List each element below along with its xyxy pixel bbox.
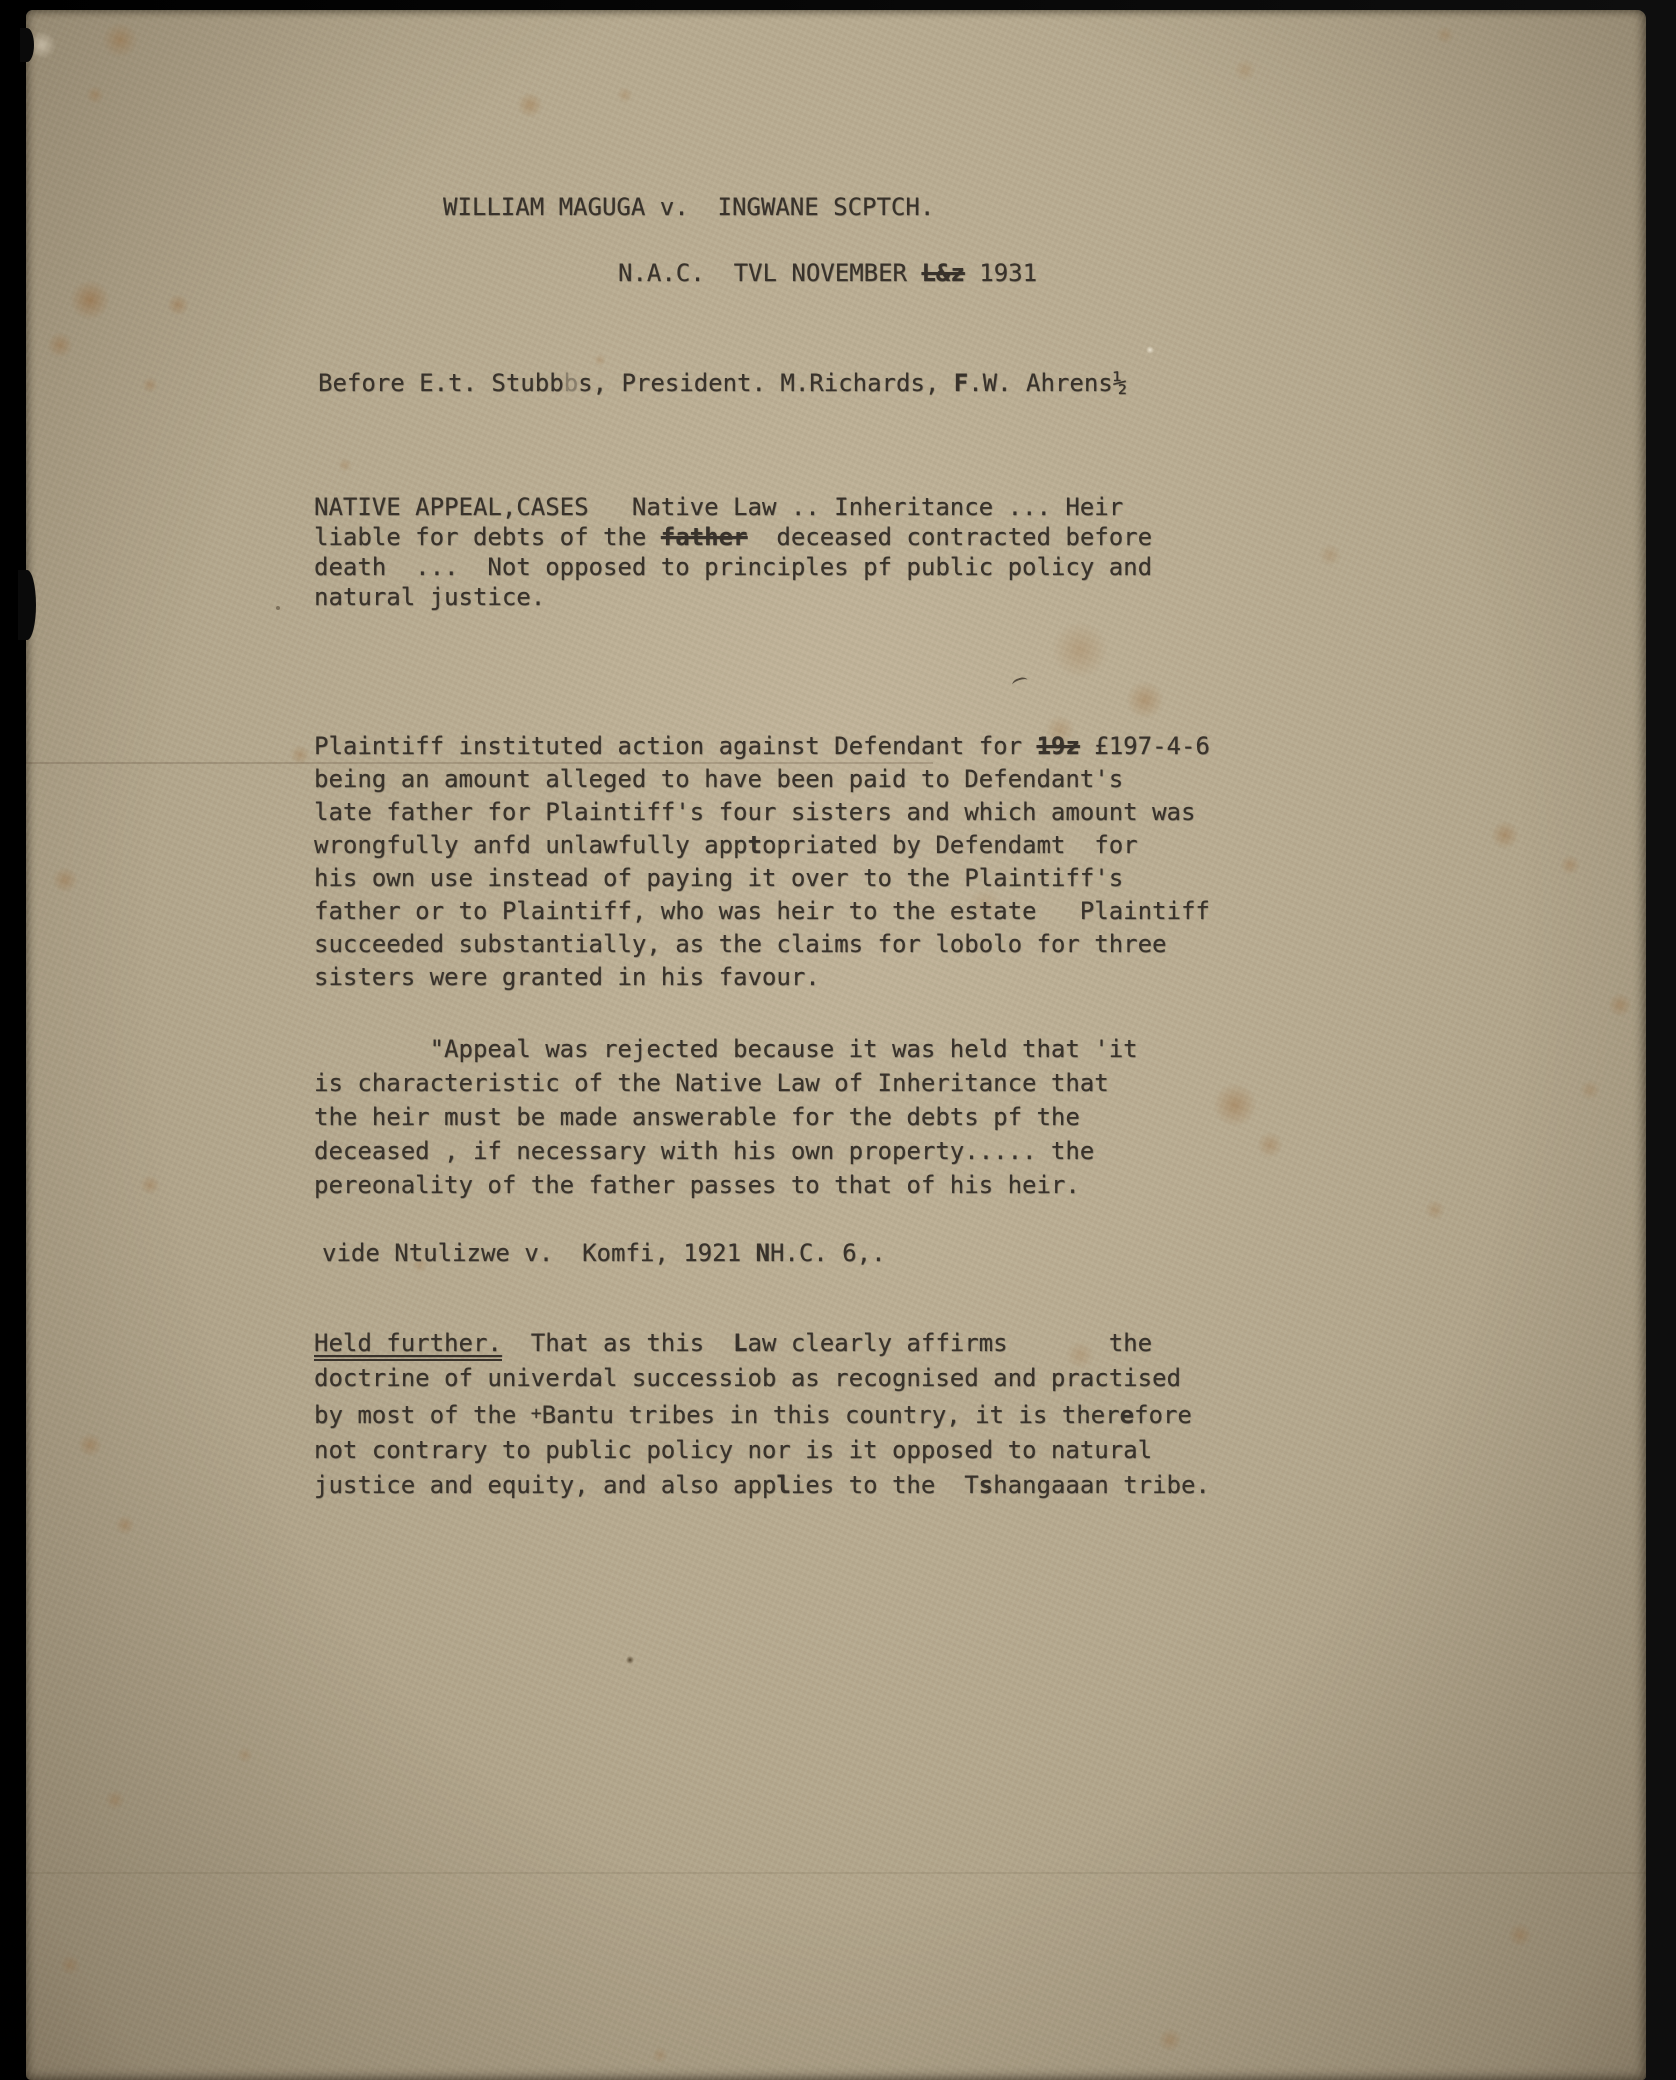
typed-line: by most of the +Bantu tribes in this cou… <box>314 1396 1210 1433</box>
typed-line: late father for Plaintiff's four sisters… <box>314 796 1210 829</box>
catchwords-paragraph: NATIVE APPEAL,CASES Native Law .. Inheri… <box>314 492 1152 612</box>
struck-out-text: father <box>661 523 748 551</box>
typed-text: succeeded substantially, as the claims f… <box>314 930 1167 958</box>
typed-text: 1931 <box>965 259 1037 287</box>
typed-line: "Appeal was rejected because it was held… <box>314 1032 1138 1066</box>
typed-text: N.A.C. TVL NOVEMBER <box>618 259 921 287</box>
typed-text: F <box>954 369 968 397</box>
held-further-paragraph: Held further. That as this Law clearly a… <box>314 1326 1210 1503</box>
pen-mark <box>1011 676 1029 690</box>
typed-text: not contrary to public policy nor is it … <box>314 1436 1152 1464</box>
typed-text: wrongfully anfd unlawfully app <box>314 831 747 859</box>
torn-edge <box>20 28 34 62</box>
typed-line: justice and equity, and also applies to … <box>314 1468 1210 1503</box>
typed-text: "Appeal was rejected because it was held… <box>314 1035 1138 1063</box>
typed-text: sisters were granted in his favour. <box>314 963 820 991</box>
typed-line: vide Ntulizwe v. Komfi, 1921 NH.C. 6,. <box>322 1238 886 1268</box>
typed-text: b <box>564 369 578 397</box>
typed-line: his own use instead of paying it over to… <box>314 862 1210 895</box>
typed-text: deceased contracted before <box>747 523 1152 551</box>
ink-dot <box>276 606 280 610</box>
typed-line: death ... Not opposed to principles pf p… <box>314 552 1152 582</box>
typed-text: his own use instead of paying it over to… <box>314 864 1123 892</box>
case-title: WILLIAM MAGUGA v. INGWANE SCPTCH. <box>443 192 934 222</box>
typed-text: aw clearly affirms the <box>747 1329 1152 1357</box>
typed-text: That as this <box>502 1329 733 1357</box>
typed-text: deceased , if necessary with his own pro… <box>314 1137 1094 1165</box>
typed-line: succeeded substantially, as the claims f… <box>314 928 1210 961</box>
facts-paragraph: Plaintiff instituted action against Defe… <box>314 730 1210 994</box>
typed-text: liable for debts of the <box>314 523 661 551</box>
torn-edge <box>18 570 36 640</box>
typed-text: is characteristic of the Native Law of I… <box>314 1069 1109 1097</box>
typed-line: doctrine of univerdal successiob as reco… <box>314 1361 1210 1396</box>
typed-text: justice and equity, and also app <box>314 1471 776 1499</box>
typed-line: Held further. That as this Law clearly a… <box>314 1326 1210 1361</box>
typed-line: Before E.t. Stubbbs, President. M.Richar… <box>318 368 1127 398</box>
typed-text: pereonality of the father passes to that… <box>314 1171 1080 1199</box>
typed-text: WILLIAM MAGUGA v. INGWANE SCPTCH. <box>443 193 934 221</box>
document-page: WILLIAM MAGUGA v. INGWANE SCPTCH. N.A.C.… <box>26 10 1646 2080</box>
typed-line: being an amount alleged to have been pai… <box>314 763 1210 796</box>
typed-text: s, President. M.Richards, <box>578 369 954 397</box>
typed-text: e <box>1120 1401 1134 1429</box>
typed-text: by most of the <box>314 1401 531 1429</box>
typed-text: death ... Not opposed to principles pf p… <box>314 553 1152 581</box>
typed-line: pereonality of the father passes to that… <box>314 1168 1138 1202</box>
scan-background: WILLIAM MAGUGA v. INGWANE SCPTCH. N.A.C.… <box>0 0 1676 2080</box>
typed-text: late father for Plaintiff's four sisters… <box>314 798 1195 826</box>
typed-line: N.A.C. TVL NOVEMBER L&z 1931 <box>618 258 1037 288</box>
typed-text: l <box>776 1471 790 1499</box>
typed-text: N <box>755 1239 769 1267</box>
citation-line: vide Ntulizwe v. Komfi, 1921 NH.C. 6,. <box>322 1238 886 1268</box>
docket-line: N.A.C. TVL NOVEMBER L&z 1931 <box>618 258 1037 288</box>
typed-text: + <box>531 1403 542 1424</box>
typed-text: being an amount alleged to have been pai… <box>314 765 1123 793</box>
typed-text: L <box>733 1329 747 1357</box>
typed-text: the heir must be made answerable for the… <box>314 1103 1080 1131</box>
typed-line: the heir must be made answerable for the… <box>314 1100 1138 1134</box>
typed-line: sisters were granted in his favour. <box>314 961 1210 994</box>
typed-text: hangaaan tribe. <box>993 1471 1210 1499</box>
typed-text: t <box>747 831 761 859</box>
typed-line: liable for debts of the father deceased … <box>314 522 1152 552</box>
typed-text: Plaintiff instituted action against Defe… <box>314 732 1036 760</box>
typed-line: WILLIAM MAGUGA v. INGWANE SCPTCH. <box>443 192 934 222</box>
holding-quote-paragraph: "Appeal was rejected because it was held… <box>314 1032 1138 1202</box>
typed-line: Plaintiff instituted action against Defe… <box>314 730 1210 763</box>
typed-text: Held further. <box>314 1329 502 1361</box>
typed-text: opriated by Defendamt for <box>762 831 1138 859</box>
typed-line: father or to Plaintiff, who was heir to … <box>314 895 1210 928</box>
typed-text: NATIVE APPEAL,CASES Native Law .. Inheri… <box>314 493 1123 521</box>
typed-text: s <box>979 1471 993 1499</box>
struck-out-text: L&z <box>921 259 964 287</box>
struck-out-text: 19z <box>1036 732 1079 760</box>
typed-text: ies to the T <box>791 1471 979 1499</box>
typed-text: father or to Plaintiff, who was heir to … <box>314 897 1210 925</box>
bench-line: Before E.t. Stubbbs, President. M.Richar… <box>318 368 1127 398</box>
typed-text: .W. Ahrens½ <box>968 369 1127 397</box>
typed-text: fore <box>1134 1401 1192 1429</box>
typed-text: Before E.t. Stubb <box>318 369 564 397</box>
typed-text: H.C. 6,. <box>770 1239 886 1267</box>
typed-text: £197-4-6 <box>1080 732 1210 760</box>
typed-text: natural justice. <box>314 583 545 611</box>
typed-line: wrongfully anfd unlawfully apptopriated … <box>314 829 1210 862</box>
typed-line: natural justice. <box>314 582 1152 612</box>
typed-text: vide Ntulizwe v. Komfi, 1921 <box>322 1239 755 1267</box>
typed-text: Bantu tribes in this country, it is ther <box>542 1401 1120 1429</box>
typed-line: NATIVE APPEAL,CASES Native Law .. Inheri… <box>314 492 1152 522</box>
typed-text: doctrine of univerdal successiob as reco… <box>314 1364 1181 1392</box>
typed-line: not contrary to public policy nor is it … <box>314 1433 1210 1468</box>
typed-line: is characteristic of the Native Law of I… <box>314 1066 1138 1100</box>
paper-crease <box>26 1872 1646 1874</box>
typed-line: deceased , if necessary with his own pro… <box>314 1134 1138 1168</box>
